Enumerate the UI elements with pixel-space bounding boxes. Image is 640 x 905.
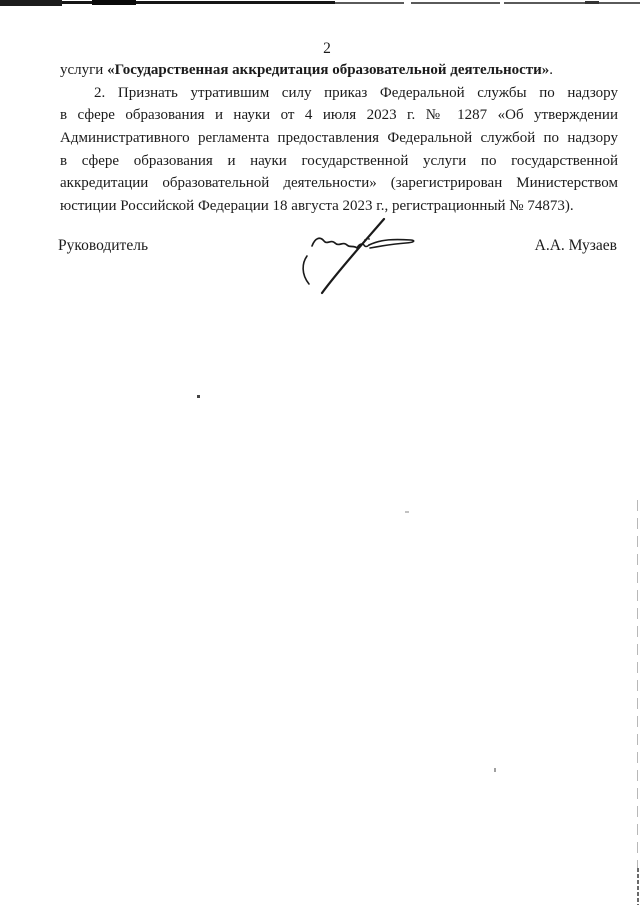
scan-artifact-blob	[92, 0, 136, 5]
service-name-bold-text: «Государственная аккредитация образовате…	[107, 62, 549, 78]
signer-name: А.А. Музаев	[535, 237, 617, 255]
document-body: услуги «Государственная аккредитация обр…	[60, 59, 618, 218]
page-number: 2	[0, 40, 640, 58]
scan-speck	[494, 768, 496, 772]
scan-artifact-right-edge-line	[637, 868, 639, 905]
handwritten-signature-icon	[293, 211, 433, 306]
scan-speck	[197, 395, 200, 398]
continuation-regular-text: услуги	[60, 62, 107, 78]
scan-artifact-blob	[585, 1, 599, 4]
scan-artifact-blob	[0, 0, 62, 6]
paragraph-line: 2. Признать утратившим силу приказ Федер…	[60, 82, 618, 105]
paragraph-continuation-line: услуги «Государственная аккредитация обр…	[60, 59, 618, 82]
paragraph-line: в сфере образования и науки от 4 июля 20…	[60, 104, 618, 127]
signer-role-label: Руководитель	[58, 237, 148, 255]
paragraph-line: Административного регламента предоставле…	[60, 127, 618, 150]
scan-artifact-gap	[500, 0, 504, 6]
scan-speck	[405, 511, 409, 513]
paragraph-line: в сфере образования и науки государствен…	[60, 150, 618, 173]
continuation-suffix: .	[549, 62, 553, 78]
paragraph-line: аккредитации образовательной деятельност…	[60, 172, 618, 195]
scan-artifact-gap	[404, 0, 411, 6]
scan-artifact-right-edge-line	[637, 500, 638, 870]
scanned-document-page: 2 услуги «Государственная аккредитация о…	[0, 0, 640, 905]
